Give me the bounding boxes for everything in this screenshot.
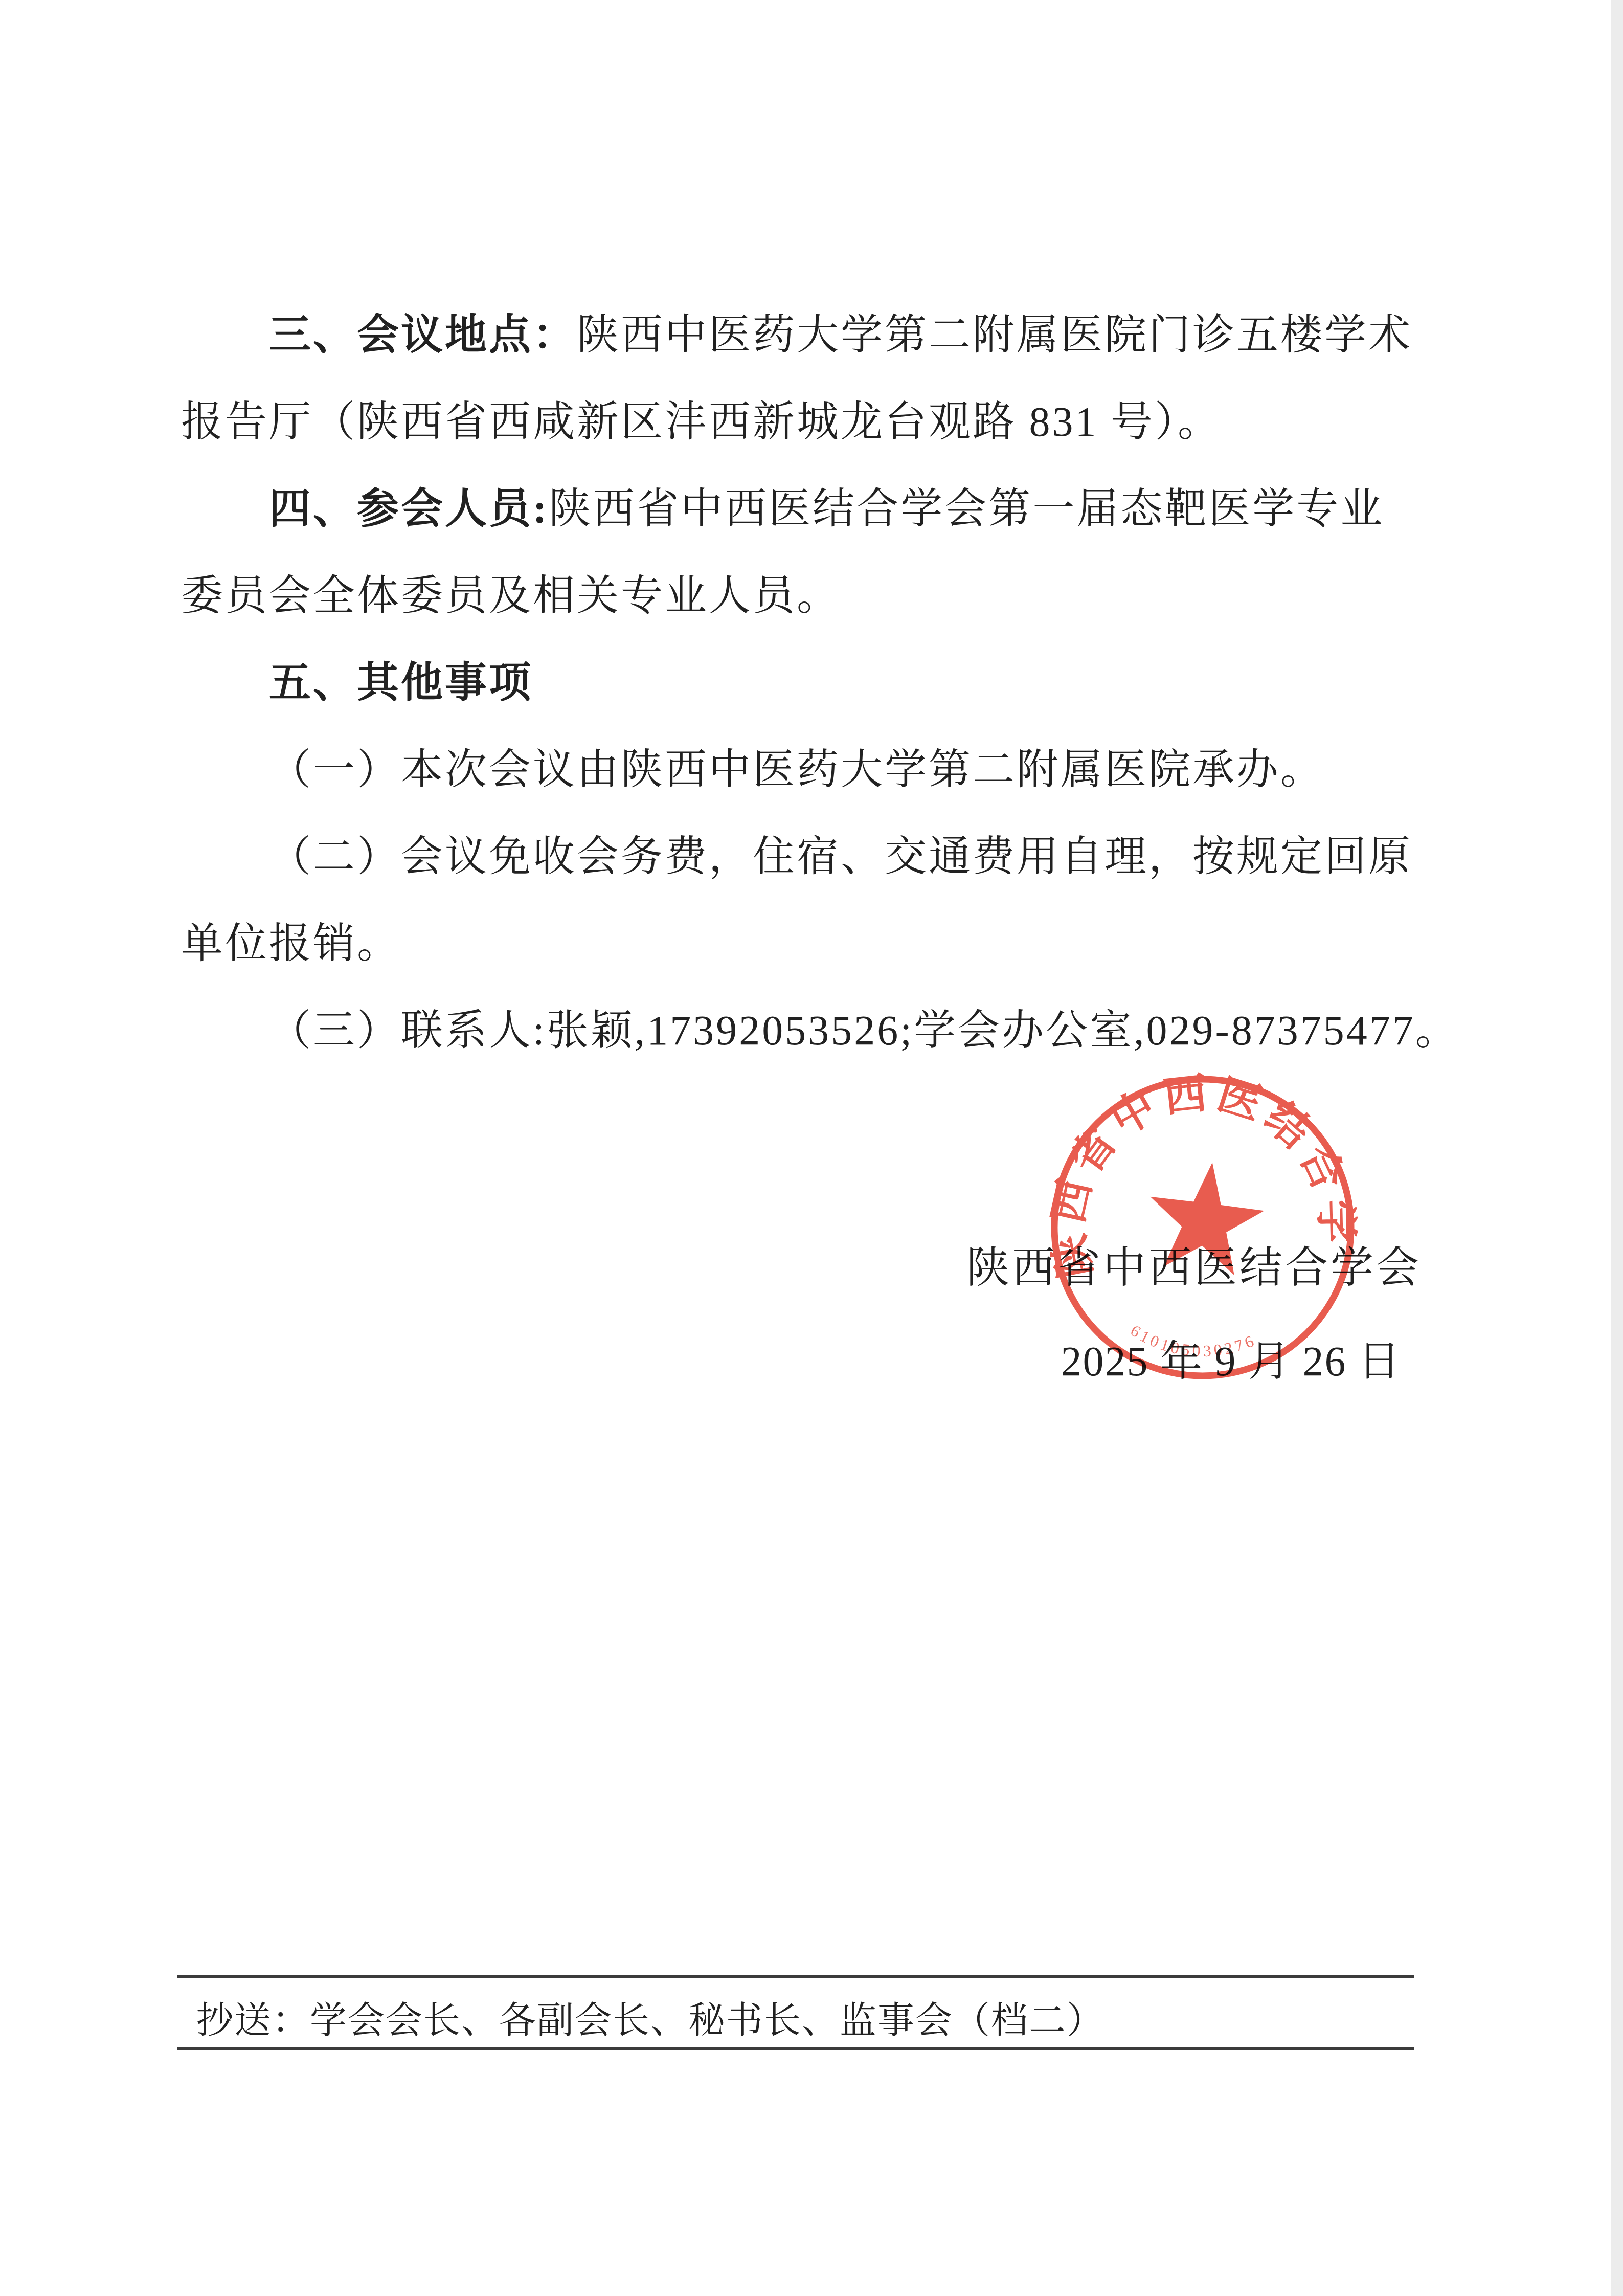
red-star-icon bbox=[1142, 1155, 1269, 1278]
line-text: 单位报销。 bbox=[181, 920, 401, 967]
footer-rule-top bbox=[177, 1975, 1414, 1978]
notice-body: 三、会议地点：陕西中医药大学第二附属医院门诊五楼学术 报告厅（陕西省西咸新区沣西… bbox=[181, 292, 1418, 1074]
line-text: （一）本次会议由陕西中医药大学第二附属医院承办。 bbox=[269, 746, 1324, 793]
seal-code-layer: 610105030276 bbox=[1126, 1314, 1260, 1364]
line-text: 陕西省中西医结合学会第一届态靶医学专业 bbox=[549, 485, 1384, 532]
line-meeting-location-cont: 报告厅（陕西省西咸新区沣西新城龙台观路 831 号）。 bbox=[181, 378, 1418, 465]
footer-copy-line: 抄送：学会会长、各副会长、秘书长、监事会（档二） bbox=[196, 1985, 1104, 2056]
heading-4-label: 四、参会人员: bbox=[269, 485, 549, 532]
line-other-matters-heading: 五、其他事项 bbox=[181, 639, 1418, 726]
line-text: （二）会议免收会务费，住宿、交通费用自理，按规定回原 bbox=[269, 833, 1412, 880]
line-item-2-cont: 单位报销。 bbox=[181, 900, 1418, 987]
document-page: 三、会议地点：陕西中医药大学第二附属医院门诊五楼学术 报告厅（陕西省西咸新区沣西… bbox=[0, 0, 1623, 2296]
footer-rule-bottom bbox=[177, 2047, 1414, 2050]
scan-edge-shadow bbox=[1611, 0, 1623, 2296]
line-participants: 四、参会人员:陕西省中西医结合学会第一届态靶医学专业 bbox=[181, 465, 1418, 552]
line-text: 陕西中医药大学第二附属医院门诊五楼学术 bbox=[577, 311, 1412, 358]
line-meeting-location: 三、会议地点：陕西中医药大学第二附属医院门诊五楼学术 bbox=[181, 292, 1418, 378]
line-text: （三）联系人:张颖,17392053526;学会办公室,029-87375477… bbox=[269, 1007, 1459, 1054]
line-text: 委员会全体委员及相关专业人员。 bbox=[181, 572, 841, 619]
official-seal: 陕西省中西医结合学会 610105030276 bbox=[1025, 1050, 1380, 1405]
line-text: 报告厅（陕西省西咸新区沣西新城龙台观路 831 号）。 bbox=[181, 398, 1222, 445]
seal-code-text: 610105030276 bbox=[1126, 1314, 1260, 1364]
heading-5-label: 五、其他事项 bbox=[269, 659, 533, 706]
line-participants-cont: 委员会全体委员及相关专业人员。 bbox=[181, 552, 1418, 639]
line-item-2: （二）会议免收会务费，住宿、交通费用自理，按规定回原 bbox=[181, 813, 1418, 900]
line-item-1: （一）本次会议由陕西中医药大学第二附属医院承办。 bbox=[181, 726, 1418, 813]
heading-3-label: 三、会议地点： bbox=[269, 311, 577, 358]
